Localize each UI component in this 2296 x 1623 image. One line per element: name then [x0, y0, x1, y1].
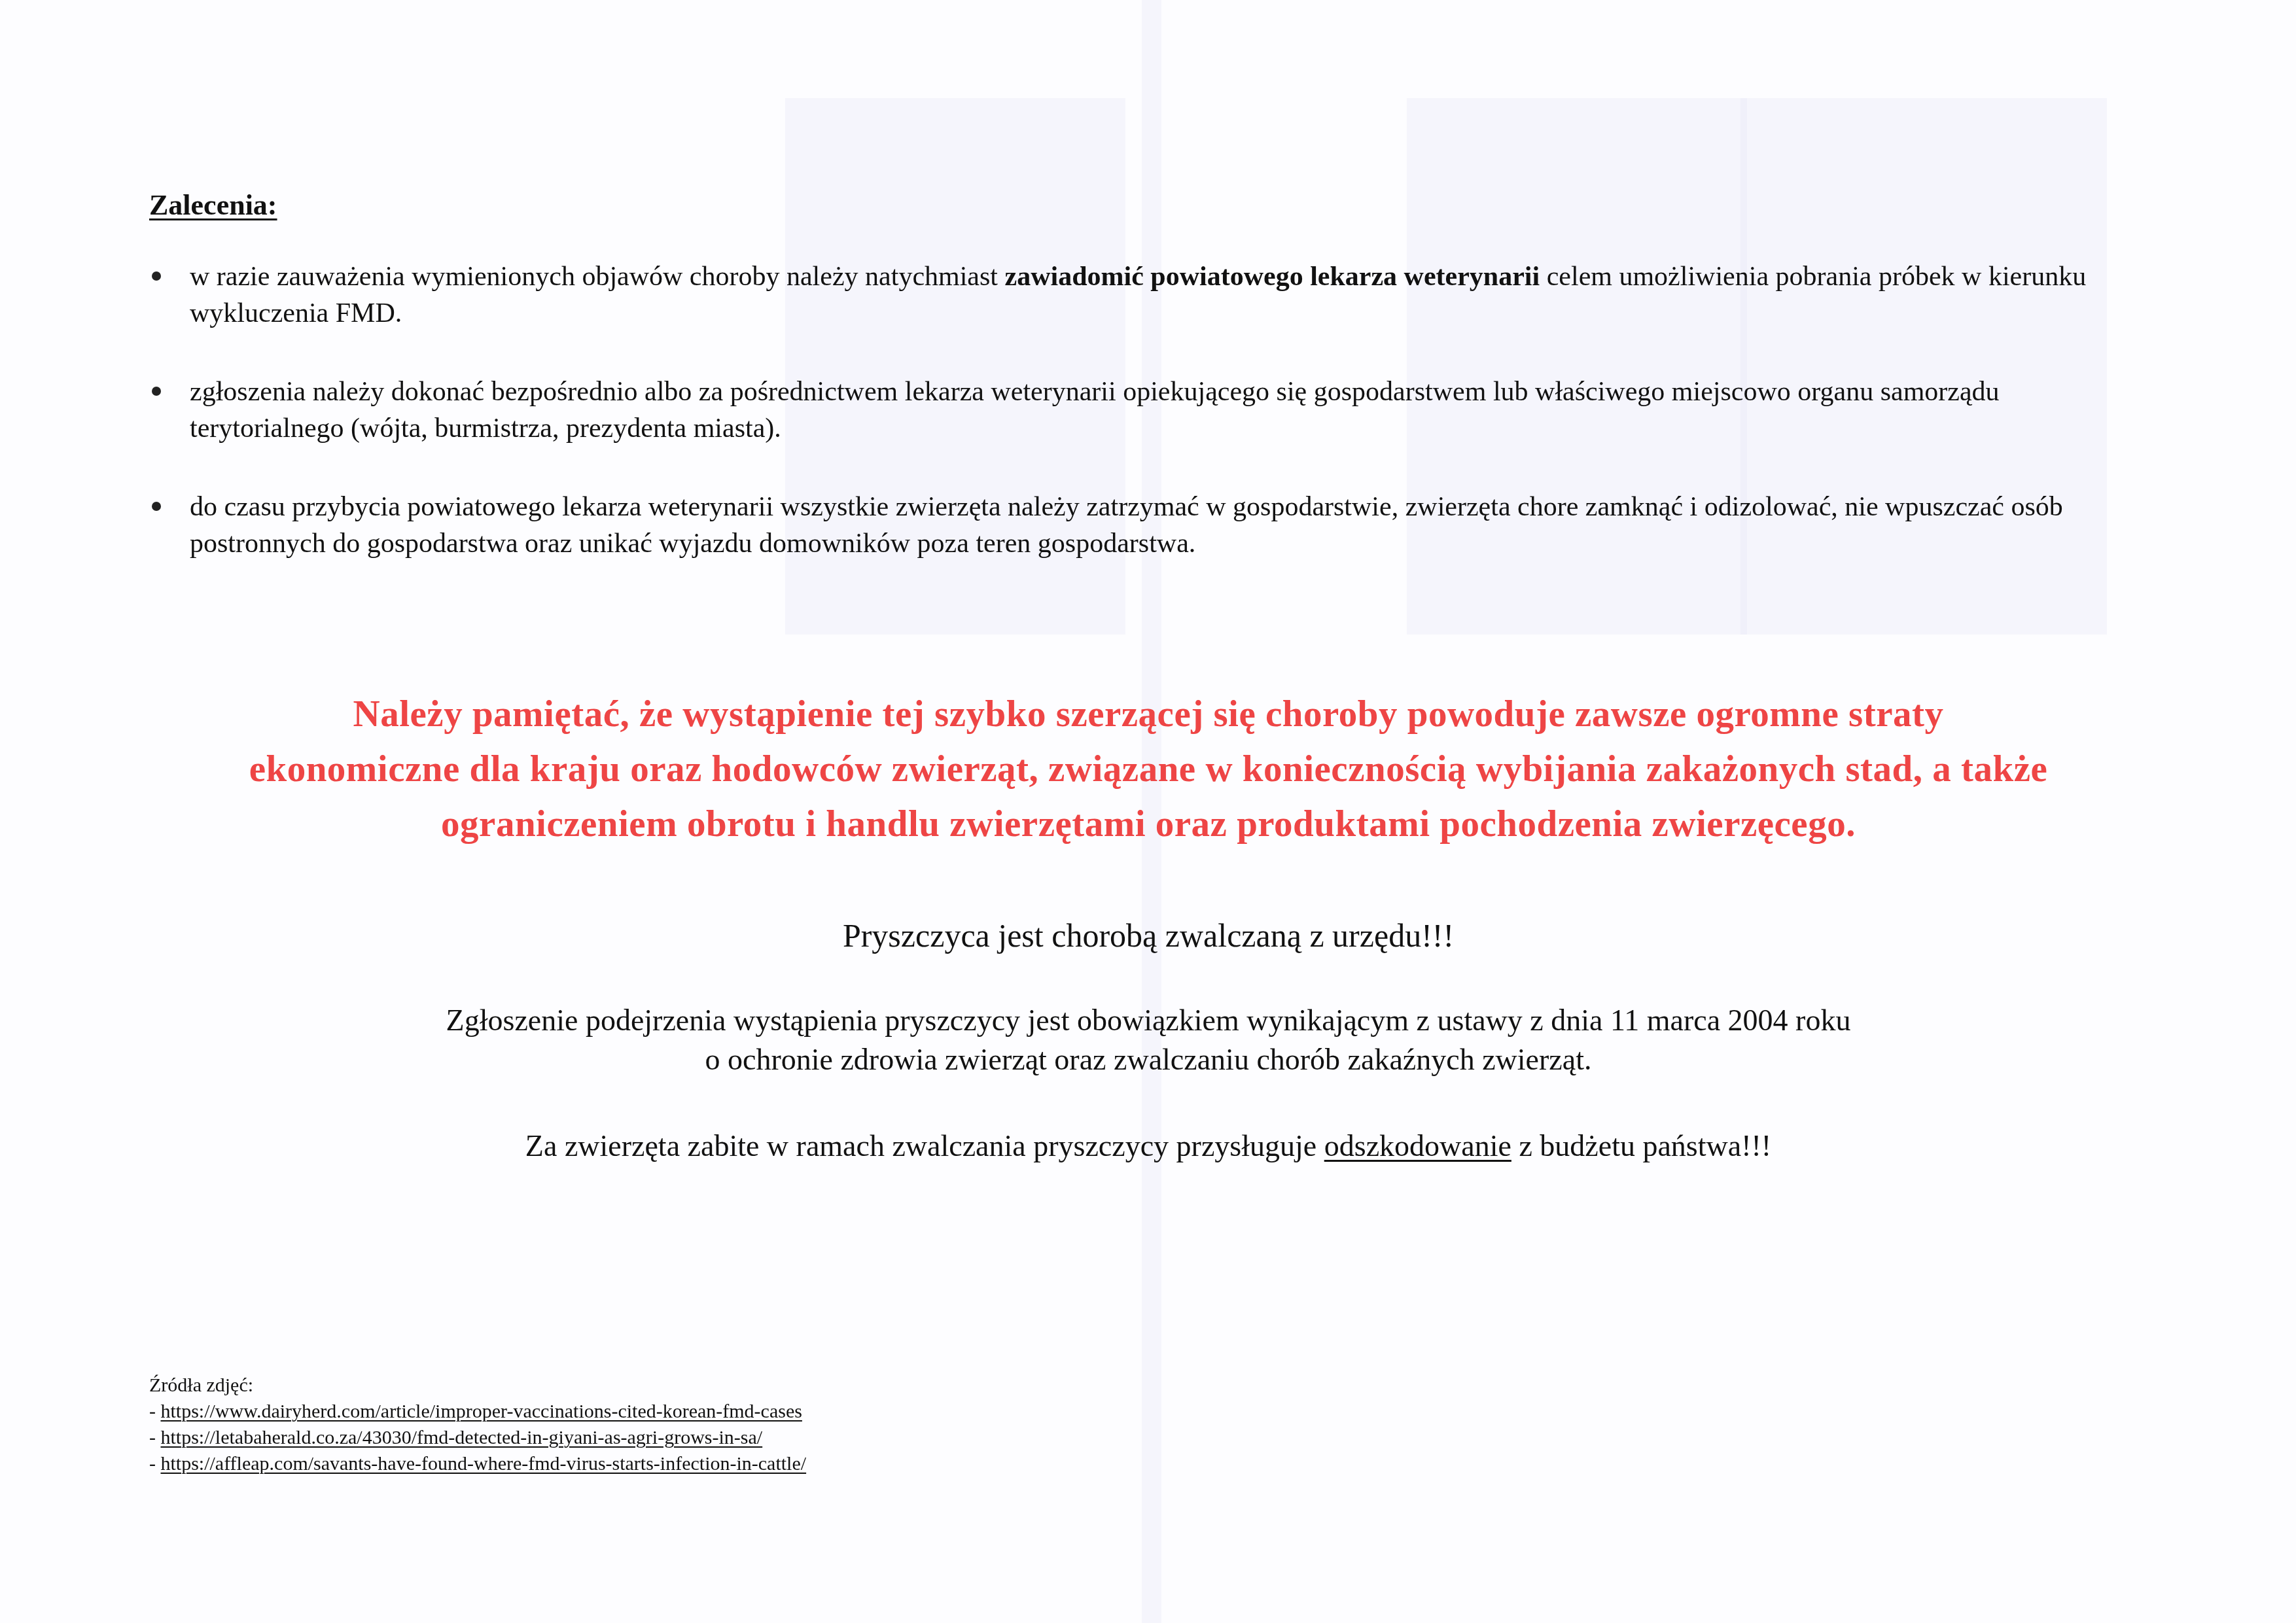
source-item: - https://affleap.com/savants-have-found…: [149, 1451, 806, 1477]
source-link[interactable]: https://letabaherald.co.za/43030/fmd-det…: [161, 1427, 763, 1448]
source-item: - https://www.dairyherd.com/article/impr…: [149, 1399, 806, 1425]
item-text-bold: zawiadomić powiatowego lekarza weterynar…: [1005, 262, 1540, 292]
list-item: zgłoszenia należy dokonać bezpośrednio a…: [149, 374, 2145, 447]
dash: -: [149, 1453, 161, 1475]
bullet-icon: [152, 387, 161, 396]
item-text: w razie zauważenia wymienionych objawów …: [190, 262, 1005, 292]
section-heading: Zalecenia:: [149, 188, 277, 222]
source-link[interactable]: https://affleap.com/savants-have-found-w…: [161, 1453, 807, 1475]
legal-line: o ochronie zdrowia zwierząt oraz zwalcza…: [131, 1040, 2166, 1079]
sources-title: Źródła zdjęć:: [149, 1372, 806, 1399]
image-sources: Źródła zdjęć: - https://www.dairyherd.co…: [149, 1372, 806, 1477]
recommendations-list: w razie zauważenia wymienionych objawów …: [149, 258, 2145, 604]
warning-notice: Należy pamiętać, że wystąpienie tej szyb…: [131, 687, 2166, 852]
list-item: do czasu przybycia powiatowego lekarza w…: [149, 489, 2145, 562]
legal-notice: Zgłoszenie podejrzenia wystąpienia prysz…: [131, 1001, 2166, 1079]
bullet-icon: [152, 502, 161, 511]
source-link[interactable]: https://www.dairyherd.com/article/improp…: [161, 1401, 802, 1422]
legal-line: Zgłoszenie podejrzenia wystąpienia prysz…: [131, 1001, 2166, 1040]
item-text: zgłoszenia należy dokonać bezpośrednio a…: [190, 377, 2000, 444]
compensation-text: z budżetu państwa!!!: [1511, 1129, 1771, 1162]
compensation-notice: Za zwierzęta zabite w ramach zwalczania …: [131, 1126, 2166, 1166]
dash: -: [149, 1427, 161, 1448]
warning-line: Należy pamiętać, że wystąpienie tej szyb…: [131, 687, 2166, 742]
bullet-icon: [152, 271, 161, 281]
item-text: do czasu przybycia powiatowego lekarza w…: [190, 492, 2063, 559]
source-item: - https://letabaherald.co.za/43030/fmd-d…: [149, 1425, 806, 1451]
compensation-text: Za zwierzęta zabite w ramach zwalczania …: [525, 1129, 1324, 1162]
warning-line: ekonomiczne dla kraju oraz hodowców zwie…: [131, 742, 2166, 797]
list-item: w razie zauważenia wymienionych objawów …: [149, 258, 2145, 332]
warning-line: ograniczeniem obrotu i handlu zwierzętam…: [131, 797, 2166, 852]
dash: -: [149, 1401, 161, 1422]
compensation-keyword: odszkodowanie: [1324, 1129, 1511, 1162]
statement-text: Pryszczyca jest chorobą zwalczaną z urzę…: [131, 916, 2166, 955]
